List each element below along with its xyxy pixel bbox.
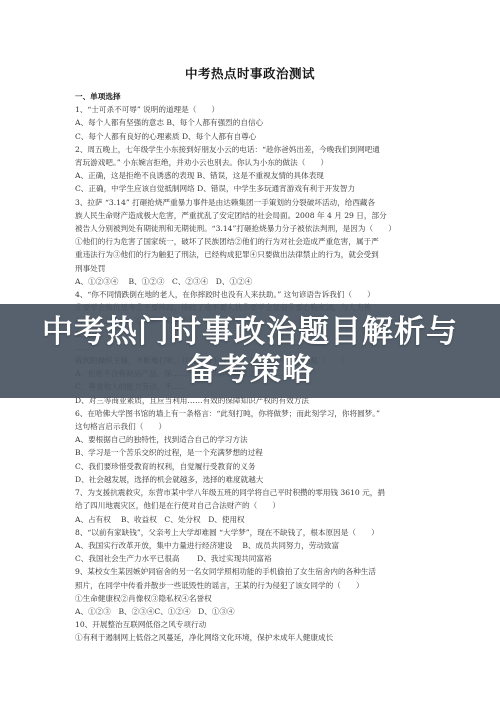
document-line: 10、开展整治互联网低俗之风专项行动	[75, 618, 427, 631]
document-title: 中考热点时事政治测试	[0, 64, 500, 82]
document-line: 7、为支援抗震救灾，东营市某中学八年级五班的同学将自己平时积攒的零用钱 3610…	[75, 486, 427, 499]
document-line: 重违法行为③他们的行为触犯了刑法，已经构成犯罪④只要做出法律禁止的行为，就会受到	[75, 248, 427, 261]
document-line: 8、“以前有家缺钱”，父亲考上大学却难圆 “大学梦”，现在不缺钱了，根本原因是（…	[75, 526, 427, 539]
document-line: D、社会越发展，选择的机会就越多，选择的难度就越大	[75, 473, 427, 486]
document-line: 2、周五晚上，七年级学生小东接到好朋友小云的电话：“趁你爸妈出差，今晚我们到网吧…	[75, 143, 427, 156]
document-line: 宵玩游戏吧。” 小东婉言拒绝，并劝小云也别去。你认为小东的做法（ ）	[75, 156, 427, 169]
banner-title-line-2: 备考策略	[186, 351, 314, 389]
document-line: A、要根据自己的独特性，找到适合自己的学习方法	[75, 433, 427, 446]
document-line: A、我国实行改革开放，集中力量进行经济建设 B、成员共同努力，劳动致富	[75, 539, 427, 552]
document-line: A、①②③④ B、①②③ C、②③④ D、①②④	[75, 275, 427, 288]
document-line: C、我们要珍惜受教育的权利，自觉履行受教育的义务	[75, 460, 427, 473]
document-line: ①有利于遏制网上低俗之风蔓延，净化网络文化环境，保护未成年人健康成长	[75, 631, 427, 644]
document-line: 9、某校女生某因嫉妒同宿舍的另一名女同学照相功能的手机偷拍了女生宿舍内的各种生活	[75, 565, 427, 578]
document-line: ①生命健康权②肖像权③隐私权④名誉权	[75, 592, 427, 605]
document-line: 6、在哈佛大学图书馆的墙上有一条格言：“此刻打盹，你将做梦；而此刻学习，你将圆梦…	[75, 407, 427, 420]
document-line: C、正确，中学生应该自觉抵制网络 D、错误，中学生多玩通宵游戏有利于开发智力	[75, 182, 427, 195]
document-line: A、占有权 B、收益权 C、处分权 D、使用权	[75, 513, 427, 526]
document-line: 刑事处罚	[75, 262, 427, 275]
document-line: ①他们的行为危害了国家统一，破坏了民族团结②他们的行为对社会造成严重危害，属于严	[75, 235, 427, 248]
document-line: 照片，在同学中传看并散步一些诋毁性的谣言，王某的行为侵犯了该女同学的（ ）	[75, 579, 427, 592]
document-line: 给了四川地震灾区，他们是在行使对自己合法财产的（ ）	[75, 499, 427, 512]
document-line: 这句格言启示我们（ ）	[75, 420, 427, 433]
document-line: 族人民生命财产造成极大危害，严重扰乱了安定团结的社会局面。2008 年 4 月 …	[75, 209, 427, 222]
document-line: A、每个人都有坚强的意志 B、每个人都有强烈的自信心	[75, 116, 427, 129]
document-line: 1、“士可杀不可辱” 说明的道理是（ ）	[75, 103, 427, 116]
banner-title-line-1: 中考热门时事政治题目解析与	[42, 313, 458, 351]
document-line: C、我国社会生产力水平已很高 D、我过实现共同富裕	[75, 552, 427, 565]
article-title-banner: 中考热门时事政治题目解析与 备考策略	[0, 304, 500, 398]
document-line: A、①②③ B、②③④C、①②④ D、①③④	[75, 605, 427, 618]
document-line: 3、拉萨 “3.14” 打砸抢烧严重暴力事件是由达赖集团一手策划的分裂破坏活动，…	[75, 196, 427, 209]
document-line: 4、“你不同情跌倒在地的老人，在你摔跤时也没有人来扶助。” 这句谚语告诉我们（ …	[75, 288, 427, 301]
section-heading: 一、单项选择	[75, 90, 427, 103]
document-line: B、学习是一个苦乐交织的过程，是一个充满梦想的过程	[75, 446, 427, 459]
document-line: C、每个人都有良好的心理素质 D、每个人都有自尊心	[75, 130, 427, 143]
document-line: A、正确，这是拒绝不良诱惑的表现 B、错误，这是不重视友情的具体表现	[75, 169, 427, 182]
document-line: 被告人分别被判处有期徒刑和无期徒刑。“3.14”打砸抢烧暴力分子被依法判刑，是因…	[75, 222, 427, 235]
